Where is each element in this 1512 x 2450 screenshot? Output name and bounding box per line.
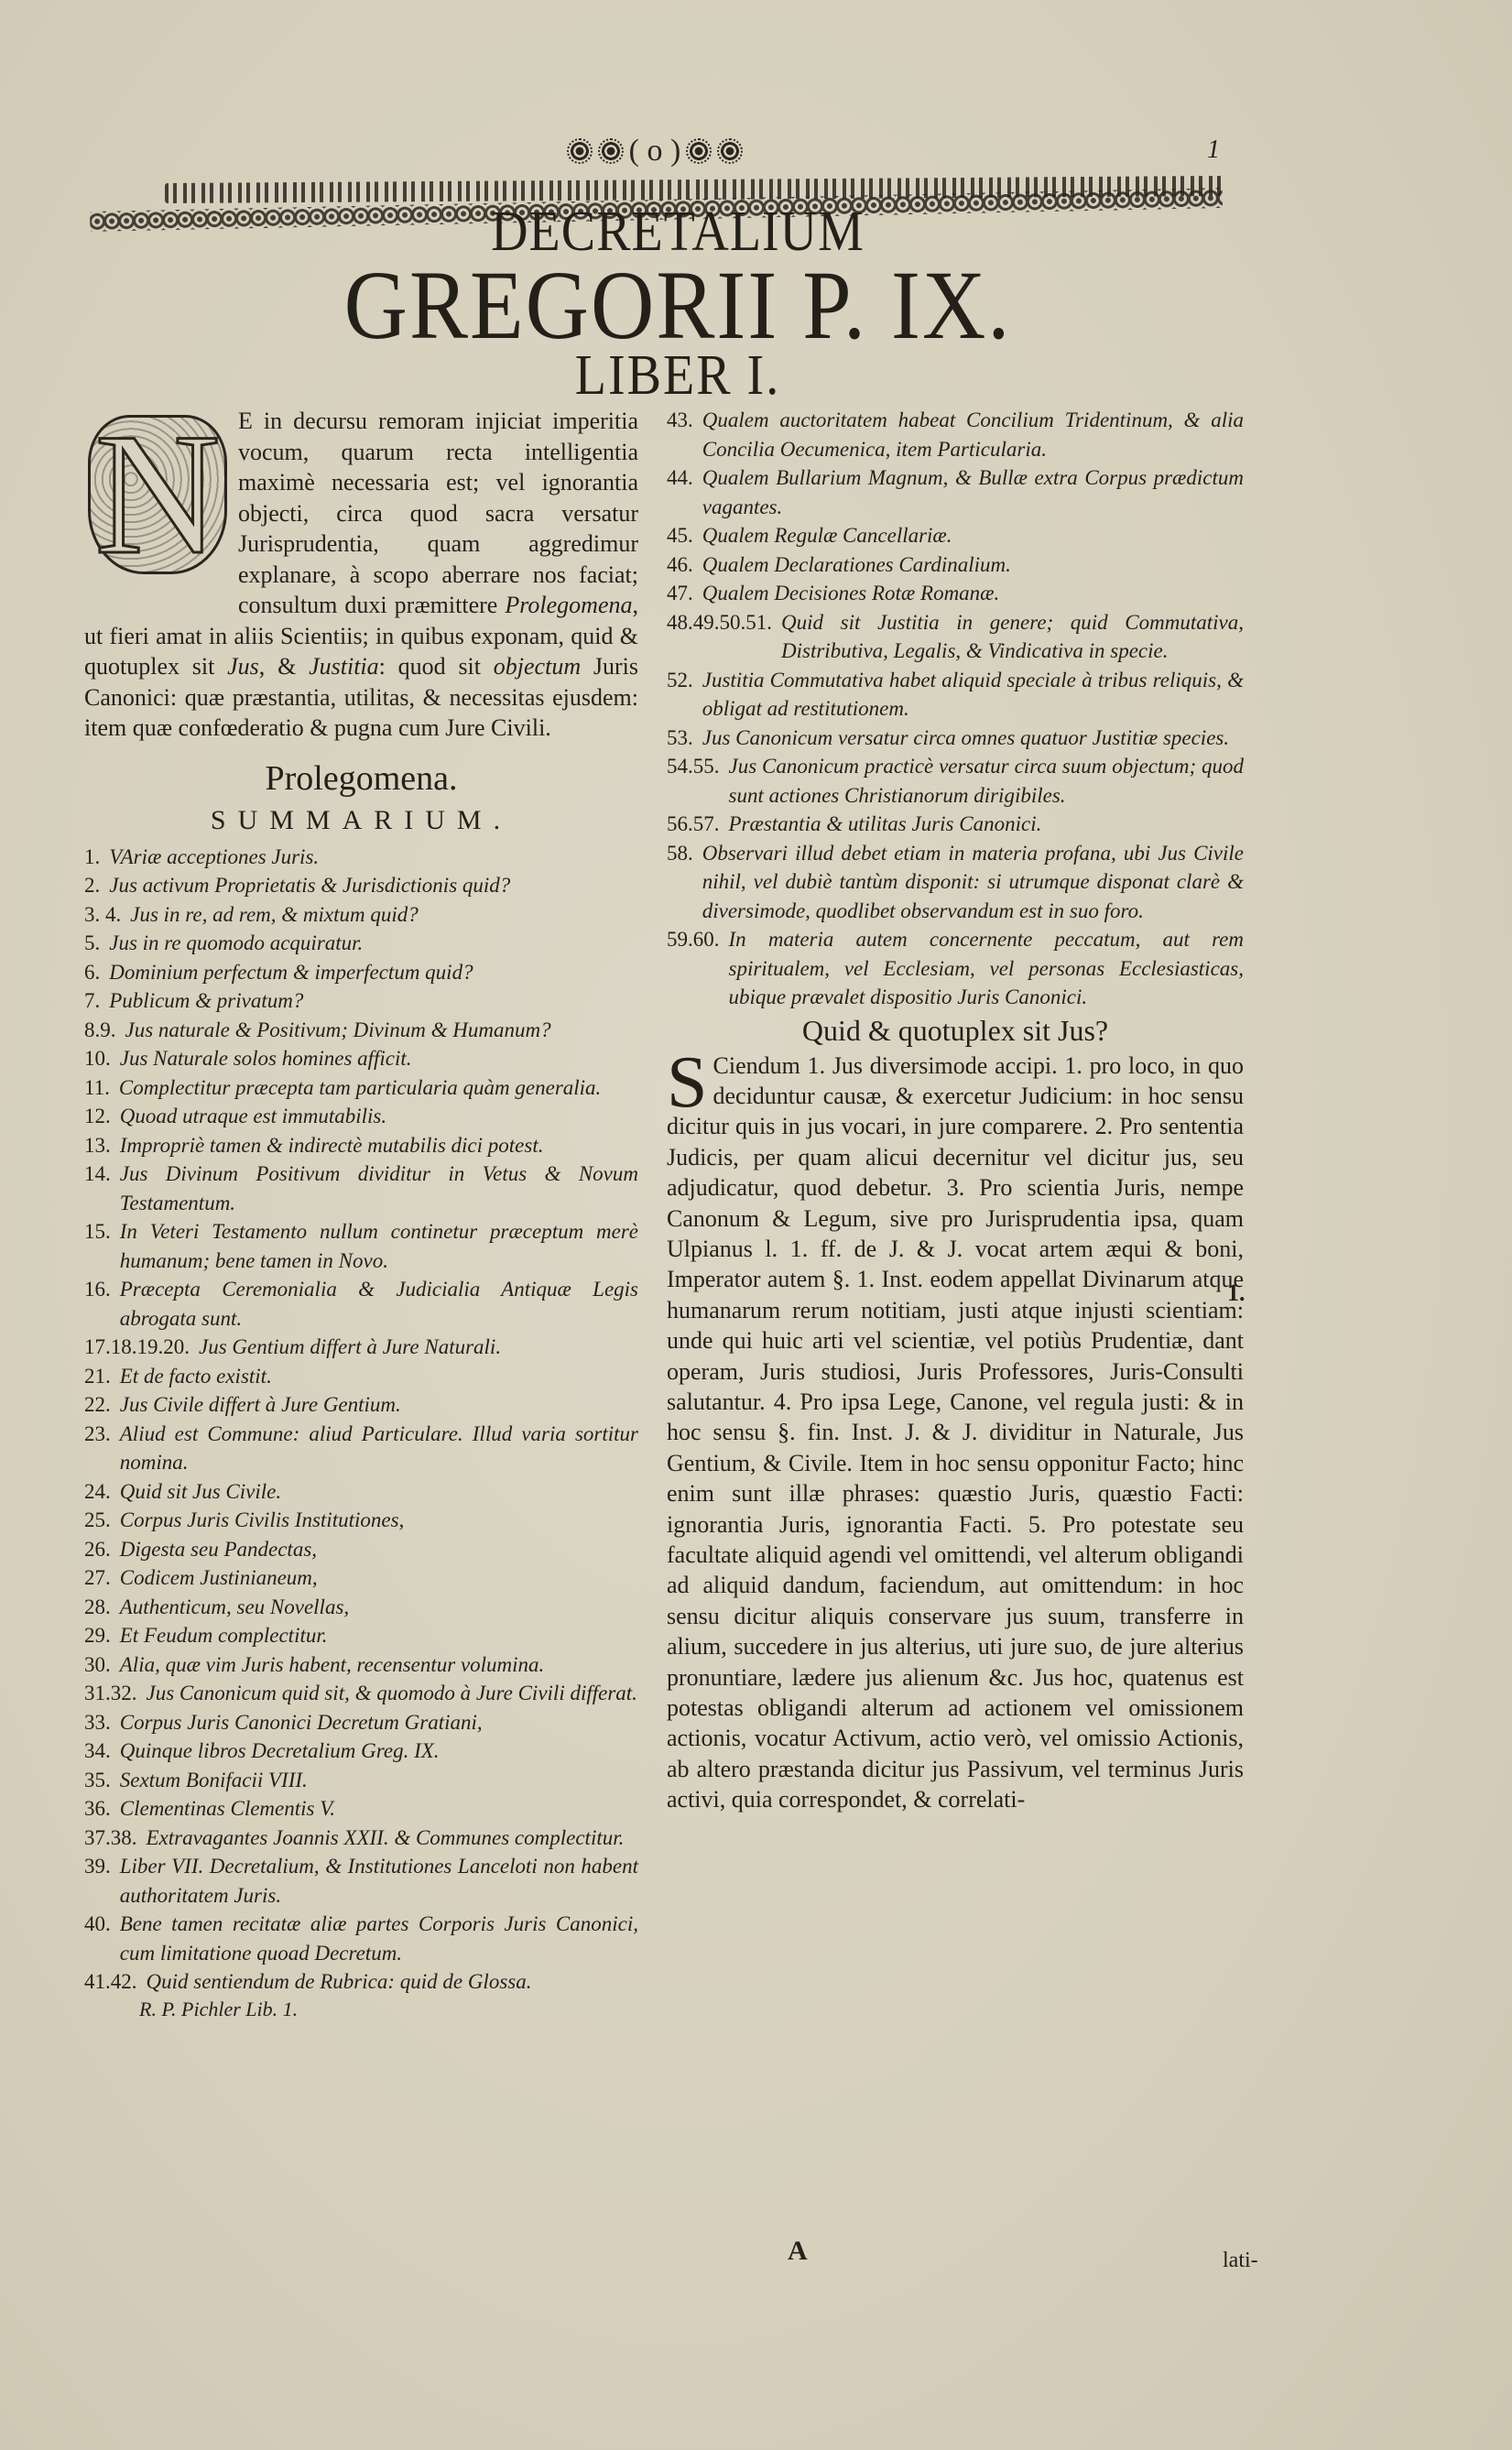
item-number: 39.	[84, 1852, 120, 1910]
item-number: 37.38.	[84, 1824, 147, 1853]
summary-item: 24.Quid sit Jus Civile.	[84, 1477, 638, 1507]
item-text: Jus Divinum Positivum dividitur in Vetus…	[120, 1160, 638, 1217]
summary-item: 44.Qualem Bullarium Magnum, & Bullæ extr…	[667, 463, 1244, 521]
summary-item: 43.Qualem auctoritatem habeat Concilium …	[667, 406, 1244, 463]
title-liber: LIBER I.	[0, 347, 1355, 405]
item-number: 2.	[84, 871, 109, 900]
item-number: 52.	[667, 666, 702, 724]
item-number: 22.	[84, 1390, 120, 1420]
item-text: Jus Gentium differt à Jure Naturali.	[199, 1333, 638, 1362]
item-text: In Veteri Testamento nullum continetur p…	[120, 1217, 638, 1275]
item-number: 3. 4.	[84, 900, 130, 930]
item-number: 53.	[667, 724, 702, 753]
summary-item: 1.VAriæ acceptiones Juris.	[84, 843, 638, 872]
summary-item: 25.Corpus Juris Civilis Institutiones,	[84, 1506, 638, 1535]
intro-paragraph: N E in decursu remoram injiciat imperiti…	[84, 406, 638, 744]
summary-item: 35.Sextum Bonifacii VIII.	[84, 1766, 638, 1795]
summary-item: 47.Qualem Decisiones Rotæ Romanæ.	[667, 579, 1244, 608]
item-text: Quid sentiendum de Rubrica: quid de Glos…	[147, 1967, 639, 1997]
item-number: 11.	[84, 1073, 119, 1103]
summary-item: 59.60.In materia autem concernente pecca…	[667, 925, 1244, 1012]
item-number: 10.	[84, 1044, 120, 1073]
item-number: 16.	[84, 1275, 120, 1333]
item-text: Jus activum Proprietatis & Jurisdictioni…	[109, 871, 638, 900]
item-number: 12.	[84, 1102, 120, 1131]
item-text: Jus in re quomodo acquiratur.	[109, 929, 638, 958]
item-number: 47.	[667, 579, 702, 608]
item-text: Quid sit Jus Civile.	[120, 1477, 638, 1507]
summary-item: 48.49.50.51.Quid sit Justitia in genere;…	[667, 608, 1244, 666]
summary-item: 39.Liber VII. Decretalium, & Institution…	[84, 1852, 638, 1910]
item-number: 34.	[84, 1737, 120, 1766]
item-text: Clementinas Clementis V.	[120, 1794, 638, 1824]
summary-item: 15.In Veteri Testamento nullum continetu…	[84, 1217, 638, 1275]
item-number: 54.55.	[667, 752, 729, 810]
summary-item: 13.Impropriè tamen & indirectè mutabilis…	[84, 1131, 638, 1160]
summary-item: 29.Et Feudum complectitur.	[84, 1621, 638, 1650]
rosette-ornament-icon	[567, 138, 593, 164]
summary-item: 22.Jus Civile differt à Jure Gentium.	[84, 1390, 638, 1420]
item-text: Jus Canonicum versatur circa omnes quatu…	[702, 724, 1244, 753]
summary-item: 5.Jus in re quomodo acquiratur.	[84, 929, 638, 958]
item-number: 56.57.	[667, 810, 729, 839]
summary-item: 11.Complectitur præcepta tam particulari…	[84, 1073, 638, 1103]
item-text: VAriæ acceptiones Juris.	[109, 843, 638, 872]
summarium-title: SUMMARIUM.	[84, 802, 638, 839]
rosette-ornament-icon	[686, 138, 712, 164]
summary-item: 28.Authenticum, seu Novellas,	[84, 1593, 638, 1622]
summary-item: 8.9.Jus naturale & Positivum; Divinum & …	[84, 1016, 638, 1045]
item-number: 21.	[84, 1362, 120, 1391]
item-number: 48.49.50.51.	[667, 608, 781, 666]
item-text: Bene tamen recitatæ aliæ partes Corporis…	[120, 1910, 638, 1967]
summary-item: 23.Aliud est Commune: aliud Particulare.…	[84, 1420, 638, 1477]
item-text: Præcepta Ceremonialia & Judicialia Antiq…	[120, 1275, 638, 1333]
header-mark: ( o )	[629, 134, 681, 169]
summary-list-right: 43.Qualem auctoritatem habeat Concilium …	[667, 406, 1244, 1012]
summary-item: 31.32.Jus Canonicum quid sit, & quomodo …	[84, 1679, 638, 1708]
summary-item: 30.Alia, quæ vim Juris habent, recensent…	[84, 1650, 638, 1680]
header-ornament: ( o )	[531, 133, 778, 169]
item-text: Publicum & privatum?	[109, 986, 638, 1016]
item-number: 59.60.	[667, 925, 729, 1012]
summary-item: 33.Corpus Juris Canonici Decretum Gratia…	[84, 1708, 638, 1737]
item-text: Justitia Commutativa habet aliquid speci…	[702, 666, 1244, 724]
summary-item: 41.42.Quid sentiendum de Rubrica: quid d…	[84, 1967, 638, 1997]
item-text: Qualem auctoritatem habeat Concilium Tri…	[702, 406, 1244, 463]
item-text: Jus in re, ad rem, & mixtum quid?	[130, 900, 638, 930]
summary-item: 16.Præcepta Ceremonialia & Judicialia An…	[84, 1275, 638, 1333]
right-column: 43.Qualem auctoritatem habeat Concilium …	[667, 406, 1244, 1815]
summary-item: 3. 4.Jus in re, ad rem, & mixtum quid?	[84, 900, 638, 930]
summary-item: 12.Quoad utraque est immutabilis.	[84, 1102, 638, 1131]
item-text: Corpus Juris Civilis Institutiones,	[120, 1506, 638, 1535]
rosette-ornament-icon	[717, 138, 743, 164]
item-text: Qualem Regulæ Cancellariæ.	[702, 521, 1244, 550]
item-text: Codicem Justinianeum,	[120, 1563, 638, 1593]
item-text: Complectitur præcepta tam particularia q…	[119, 1073, 638, 1103]
item-text: Qualem Decisiones Rotæ Romanæ.	[702, 579, 1244, 608]
summary-item: 21.Et de facto existit.	[84, 1362, 638, 1391]
item-text: Jus Canonicum practicè versatur circa su…	[729, 752, 1245, 810]
item-text: Jus Civile differt à Jure Gentium.	[120, 1390, 638, 1420]
item-number: 1.	[84, 843, 109, 872]
item-number: 5.	[84, 929, 109, 958]
item-number: 7.	[84, 986, 109, 1016]
summary-item: 58.Observari illud debet etiam in materi…	[667, 839, 1244, 926]
item-number: 36.	[84, 1794, 120, 1824]
item-number: 24.	[84, 1477, 120, 1507]
item-text: Quid sit Justitia in genere; quid Commut…	[781, 608, 1244, 666]
summary-item: 52.Justitia Commutativa habet aliquid sp…	[667, 666, 1244, 724]
signature-mark: A	[788, 2236, 808, 2267]
item-text: Sextum Bonifacii VIII.	[120, 1766, 638, 1795]
section-heading: Quid & quotuplex sit Jus?	[667, 1012, 1244, 1049]
item-text: Digesta seu Pandectas,	[120, 1535, 638, 1564]
margin-note: 1.	[1227, 1279, 1245, 1307]
item-text: Authenticum, seu Novellas,	[120, 1593, 638, 1622]
item-text: Jus Naturale solos homines afficit.	[120, 1044, 638, 1073]
summary-item: 10.Jus Naturale solos homines afficit.	[84, 1044, 638, 1073]
item-number: 27.	[84, 1563, 120, 1593]
summary-item: 56.57.Præstantia & utilitas Juris Canoni…	[667, 810, 1244, 839]
item-text: Observari illud debet etiam in materia p…	[702, 839, 1244, 926]
summary-item: 2.Jus activum Proprietatis & Jurisdictio…	[84, 871, 638, 900]
item-number: 17.18.19.20.	[84, 1333, 199, 1362]
item-text: Jus naturale & Positivum; Divinum & Huma…	[125, 1016, 639, 1045]
summary-item: 40.Bene tamen recitatæ aliæ partes Corpo…	[84, 1910, 638, 1967]
summary-item: 17.18.19.20.Jus Gentium differt à Jure N…	[84, 1333, 638, 1362]
item-number: 33.	[84, 1708, 120, 1737]
item-text: Jus Canonicum quid sit, & quomodo à Jure…	[147, 1679, 639, 1708]
summary-item: 7.Publicum & privatum?	[84, 986, 638, 1016]
summary-item: 27.Codicem Justinianeum,	[84, 1563, 638, 1593]
item-number: 35.	[84, 1766, 120, 1795]
item-number: 58.	[667, 839, 702, 926]
summary-item: 54.55.Jus Canonicum practicè versatur ci…	[667, 752, 1244, 810]
section-body: SCiendum 1. Jus diversimode accipi. 1. p…	[667, 1051, 1244, 1815]
item-text: Qualem Bullarium Magnum, & Bullæ extra C…	[702, 463, 1244, 521]
item-text: Qualem Declarationes Cardinalium.	[702, 550, 1244, 580]
item-text: Liber VII. Decretalium, & Institutiones …	[120, 1852, 638, 1910]
item-number: 8.9.	[84, 1016, 125, 1045]
item-text: In materia autem concernente peccatum, a…	[729, 925, 1245, 1012]
folio-number: 1	[1207, 136, 1220, 165]
item-text: Et de facto existit.	[120, 1362, 638, 1391]
summary-item: 53.Jus Canonicum versatur circa omnes qu…	[667, 724, 1244, 753]
item-number: 45.	[667, 521, 702, 550]
item-text: Quoad utraque est immutabilis.	[120, 1102, 638, 1131]
author-footnote: R. P. Pichler Lib. 1.	[84, 1997, 638, 2022]
item-number: 43.	[667, 406, 702, 463]
summary-item: 6.Dominium perfectum & imperfectum quid?	[84, 958, 638, 987]
item-text: Extravagantes Joannis XXII. & Communes c…	[147, 1824, 639, 1853]
left-column: N E in decursu remoram injiciat imperiti…	[84, 406, 638, 2022]
item-text: Alia, quæ vim Juris habent, recensentur …	[120, 1650, 638, 1680]
summary-item: 14.Jus Divinum Positivum dividitur in Ve…	[84, 1160, 638, 1217]
item-text: Corpus Juris Canonici Decretum Gratiani,	[120, 1708, 638, 1737]
item-text: Impropriè tamen & indirectè mutabilis di…	[120, 1131, 638, 1160]
item-number: 26.	[84, 1535, 120, 1564]
catchword: lati-	[1223, 2249, 1258, 2273]
prolegomena-title: Prolegomena.	[84, 757, 638, 800]
item-number: 31.32.	[84, 1679, 147, 1708]
item-number: 28.	[84, 1593, 120, 1622]
item-text: Dominium perfectum & imperfectum quid?	[109, 958, 638, 987]
title-gregorii: GREGORII P. IX.	[0, 256, 1355, 354]
summary-item: 37.38.Extravagantes Joannis XXII. & Comm…	[84, 1824, 638, 1853]
summary-item: 36.Clementinas Clementis V.	[84, 1794, 638, 1824]
item-number: 30.	[84, 1650, 120, 1680]
item-number: 13.	[84, 1131, 120, 1160]
item-number: 40.	[84, 1910, 120, 1967]
item-number: 29.	[84, 1621, 120, 1650]
book-page: ( o ) 1 DECRETALIUM GREGORII P. IX. LIBE…	[0, 0, 1512, 2450]
item-number: 44.	[667, 463, 702, 521]
summary-item: 26.Digesta seu Pandectas,	[84, 1535, 638, 1564]
item-text: Præstantia & utilitas Juris Canonici.	[729, 810, 1245, 839]
summary-list-left: 1.VAriæ acceptiones Juris.2.Jus activum …	[84, 843, 638, 1997]
item-text: Et Feudum complectitur.	[120, 1621, 638, 1650]
rosette-ornament-icon	[598, 138, 624, 164]
item-number: 46.	[667, 550, 702, 580]
item-text: Aliud est Commune: aliud Particulare. Il…	[120, 1420, 638, 1477]
item-number: 6.	[84, 958, 109, 987]
item-number: 25.	[84, 1506, 120, 1535]
summary-item: 46.Qualem Declarationes Cardinalium.	[667, 550, 1244, 580]
item-number: 15.	[84, 1217, 120, 1275]
item-text: Quinque libros Decretalium Greg. IX.	[120, 1737, 638, 1766]
item-number: 14.	[84, 1160, 120, 1217]
drop-cap-s: S	[667, 1054, 708, 1111]
item-number: 23.	[84, 1420, 120, 1477]
summary-item: 45.Qualem Regulæ Cancellariæ.	[667, 521, 1244, 550]
summary-item: 34.Quinque libros Decretalium Greg. IX.	[84, 1737, 638, 1766]
drop-cap-n-icon: N	[84, 408, 231, 591]
item-number: 41.42.	[84, 1967, 147, 1997]
